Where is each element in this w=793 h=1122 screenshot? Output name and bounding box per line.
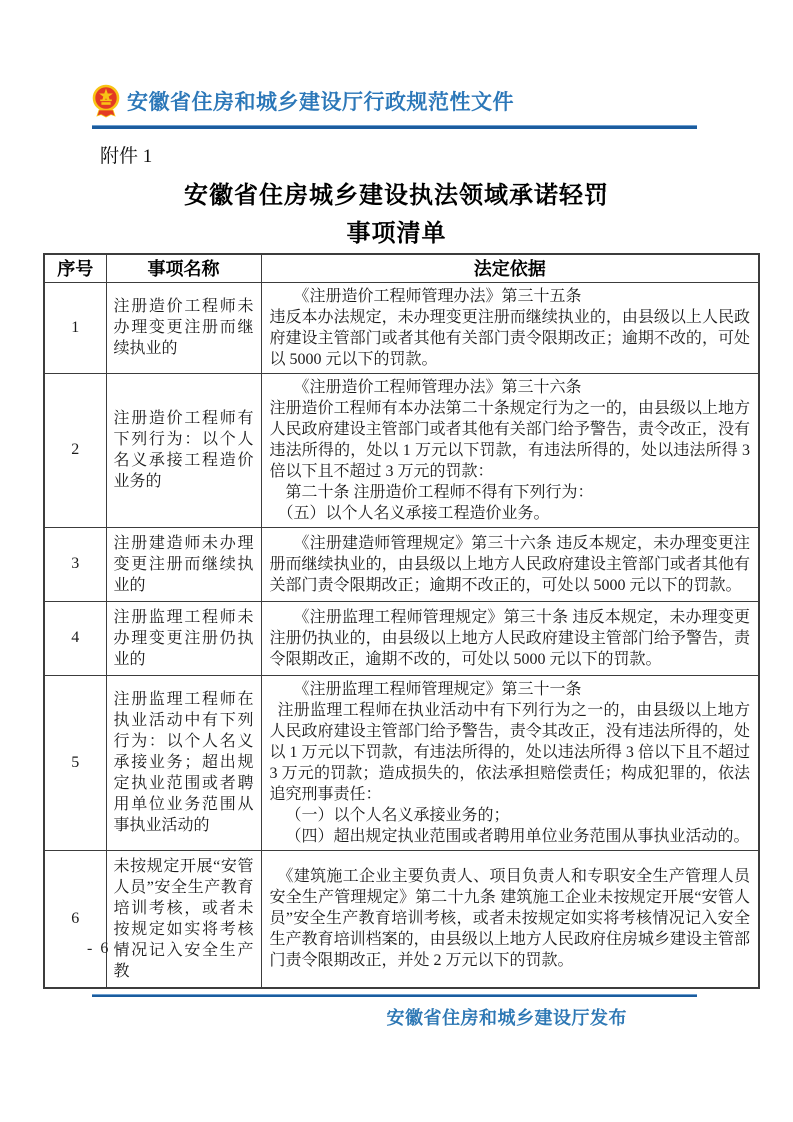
legal-basis-paragraph: 《建筑施工企业主要负责人、项目负责人和专职安全生产管理人员安全生产管理规定》第二… xyxy=(270,866,751,971)
table-row: 1 注册造价工程师未办理变更注册而继续执业的 《注册造价工程师管理办法》第三十五… xyxy=(44,282,759,373)
table-row: 6 未按规定开展“安管人员”安全生产教育培训考核，或者未按规定如实将考核情况记入… xyxy=(44,850,759,988)
header-divider-rule xyxy=(92,125,697,129)
legal-basis-cell: 《注册监理工程师管理规定》第三十一条注册监理工程师在执业活动中有下列行为之一的，… xyxy=(261,675,759,850)
legal-basis-paragraph: 《注册造价工程师管理办法》第三十五条 xyxy=(270,286,751,307)
item-name-cell: 注册造价工程师有下列行为：以个人名义承接工程造价业务的 xyxy=(106,373,261,527)
legal-basis-paragraph: 《注册监理工程师管理规定》第三十条 违反本规定，未办理变更注册仍执业的，由县级以… xyxy=(270,607,751,670)
document-title: 安徽省住房城乡建设执法领域承诺轻罚 事项清单 xyxy=(0,177,793,253)
legal-basis-cell: 《注册监理工程师管理规定》第三十条 违反本规定，未办理变更注册仍执业的，由县级以… xyxy=(261,601,759,675)
row-number-cell: 3 xyxy=(44,527,106,601)
legal-basis-paragraph: 违反本办法规定，未办理变更注册而继续执业的，由县级以上人民政府建设主管部门或者其… xyxy=(270,307,751,370)
header-banner: 安徽省住房和城乡建设厅行政规范性文件 xyxy=(92,84,698,118)
legal-basis-paragraph: （四）超出规定执业范围或者聘用单位业务范围从事执业活动的。 xyxy=(270,826,751,847)
column-header-item-name: 事项名称 xyxy=(106,254,261,282)
legal-basis-paragraph: 注册监理工程师在执业活动中有下列行为之一的，由县级以上地方人民政府建设主管部门给… xyxy=(270,700,751,805)
column-header-no: 序号 xyxy=(44,254,106,282)
row-number-cell: 2 xyxy=(44,373,106,527)
legal-basis-paragraph: 《注册造价工程师管理办法》第三十六条 xyxy=(270,377,751,398)
row-number-cell: 4 xyxy=(44,601,106,675)
banner-title: 安徽省住房和城乡建设厅行政规范性文件 xyxy=(127,86,514,116)
table-body: 1 注册造价工程师未办理变更注册而继续执业的 《注册造价工程师管理办法》第三十五… xyxy=(44,282,759,988)
legal-basis-paragraph: 《注册建造师管理规定》第三十六条 违反本规定，未办理变更注册而继续执业的，由县级… xyxy=(270,533,751,596)
table-row: 3 注册建造师未办理变更注册而继续执业的 《注册建造师管理规定》第三十六条 违反… xyxy=(44,527,759,601)
legal-basis-cell: 《注册造价工程师管理办法》第三十五条违反本办法规定，未办理变更注册而继续执业的，… xyxy=(261,282,759,373)
item-name-cell: 注册建造师未办理变更注册而继续执业的 xyxy=(106,527,261,601)
row-number-cell: 5 xyxy=(44,675,106,850)
item-name-cell: 未按规定开展“安管人员”安全生产教育培训考核，或者未按规定如实将考核情况记入安全… xyxy=(106,850,261,988)
item-name-cell: 注册监理工程师在执业活动中有下列行为：以个人名义承接业务；超出规定执业范围或者聘… xyxy=(106,675,261,850)
document-page: 安徽省住房和城乡建设厅行政规范性文件 附件 1 安徽省住房城乡建设执法领域承诺轻… xyxy=(0,0,793,1122)
legal-basis-cell: 《注册造价工程师管理办法》第三十六条注册造价工程师有本办法第二十条规定行为之一的… xyxy=(261,373,759,527)
legal-basis-paragraph: 第二十条 注册造价工程师不得有下列行为： xyxy=(270,482,751,503)
attachment-label: 附件 1 xyxy=(100,141,152,168)
item-name-cell: 注册监理工程师未办理变更注册仍执业的 xyxy=(106,601,261,675)
table-row: 2 注册造价工程师有下列行为：以个人名义承接工程造价业务的 《注册造价工程师管理… xyxy=(44,373,759,527)
table-row: 4 注册监理工程师未办理变更注册仍执业的 《注册监理工程师管理规定》第三十条 违… xyxy=(44,601,759,675)
footer-divider-rule xyxy=(92,994,697,997)
column-header-legal-basis: 法定依据 xyxy=(261,254,759,282)
legal-basis-cell: 《注册建造师管理规定》第三十六条 违反本规定，未办理变更注册而继续执业的，由县级… xyxy=(261,527,759,601)
row-number-cell: 1 xyxy=(44,282,106,373)
item-name-cell: 注册造价工程师未办理变更注册而继续执业的 xyxy=(106,282,261,373)
legal-basis-cell: 《建筑施工企业主要负责人、项目负责人和专职安全生产管理人员安全生产管理规定》第二… xyxy=(261,850,759,988)
legal-basis-paragraph: 注册造价工程师有本办法第二十条规定行为之一的，由县级以上地方人民政府建设主管部门… xyxy=(270,398,751,482)
legal-basis-paragraph: 《注册监理工程师管理规定》第三十一条 xyxy=(270,679,751,700)
document-title-line2: 事项清单 xyxy=(0,215,793,253)
legal-basis-paragraph: （一）以个人名义承接业务的； xyxy=(270,805,751,826)
legal-basis-paragraph: （五）以个人名义承接工程造价业务。 xyxy=(270,503,751,524)
china-national-emblem-icon xyxy=(92,84,120,118)
penalty-items-table: 序号 事项名称 法定依据 1 注册造价工程师未办理变更注册而继续执业的 《注册造… xyxy=(43,253,760,989)
document-title-line1: 安徽省住房城乡建设执法领域承诺轻罚 xyxy=(0,177,793,215)
table-header-row: 序号 事项名称 法定依据 xyxy=(44,254,759,282)
table-row: 5 注册监理工程师在执业活动中有下列行为：以个人名义承接业务；超出规定执业范围或… xyxy=(44,675,759,850)
page-number: - 6 - xyxy=(87,940,124,958)
row-number-cell: 6 xyxy=(44,850,106,988)
publisher-label: 安徽省住房和城乡建设厅发布 xyxy=(92,1004,697,1030)
